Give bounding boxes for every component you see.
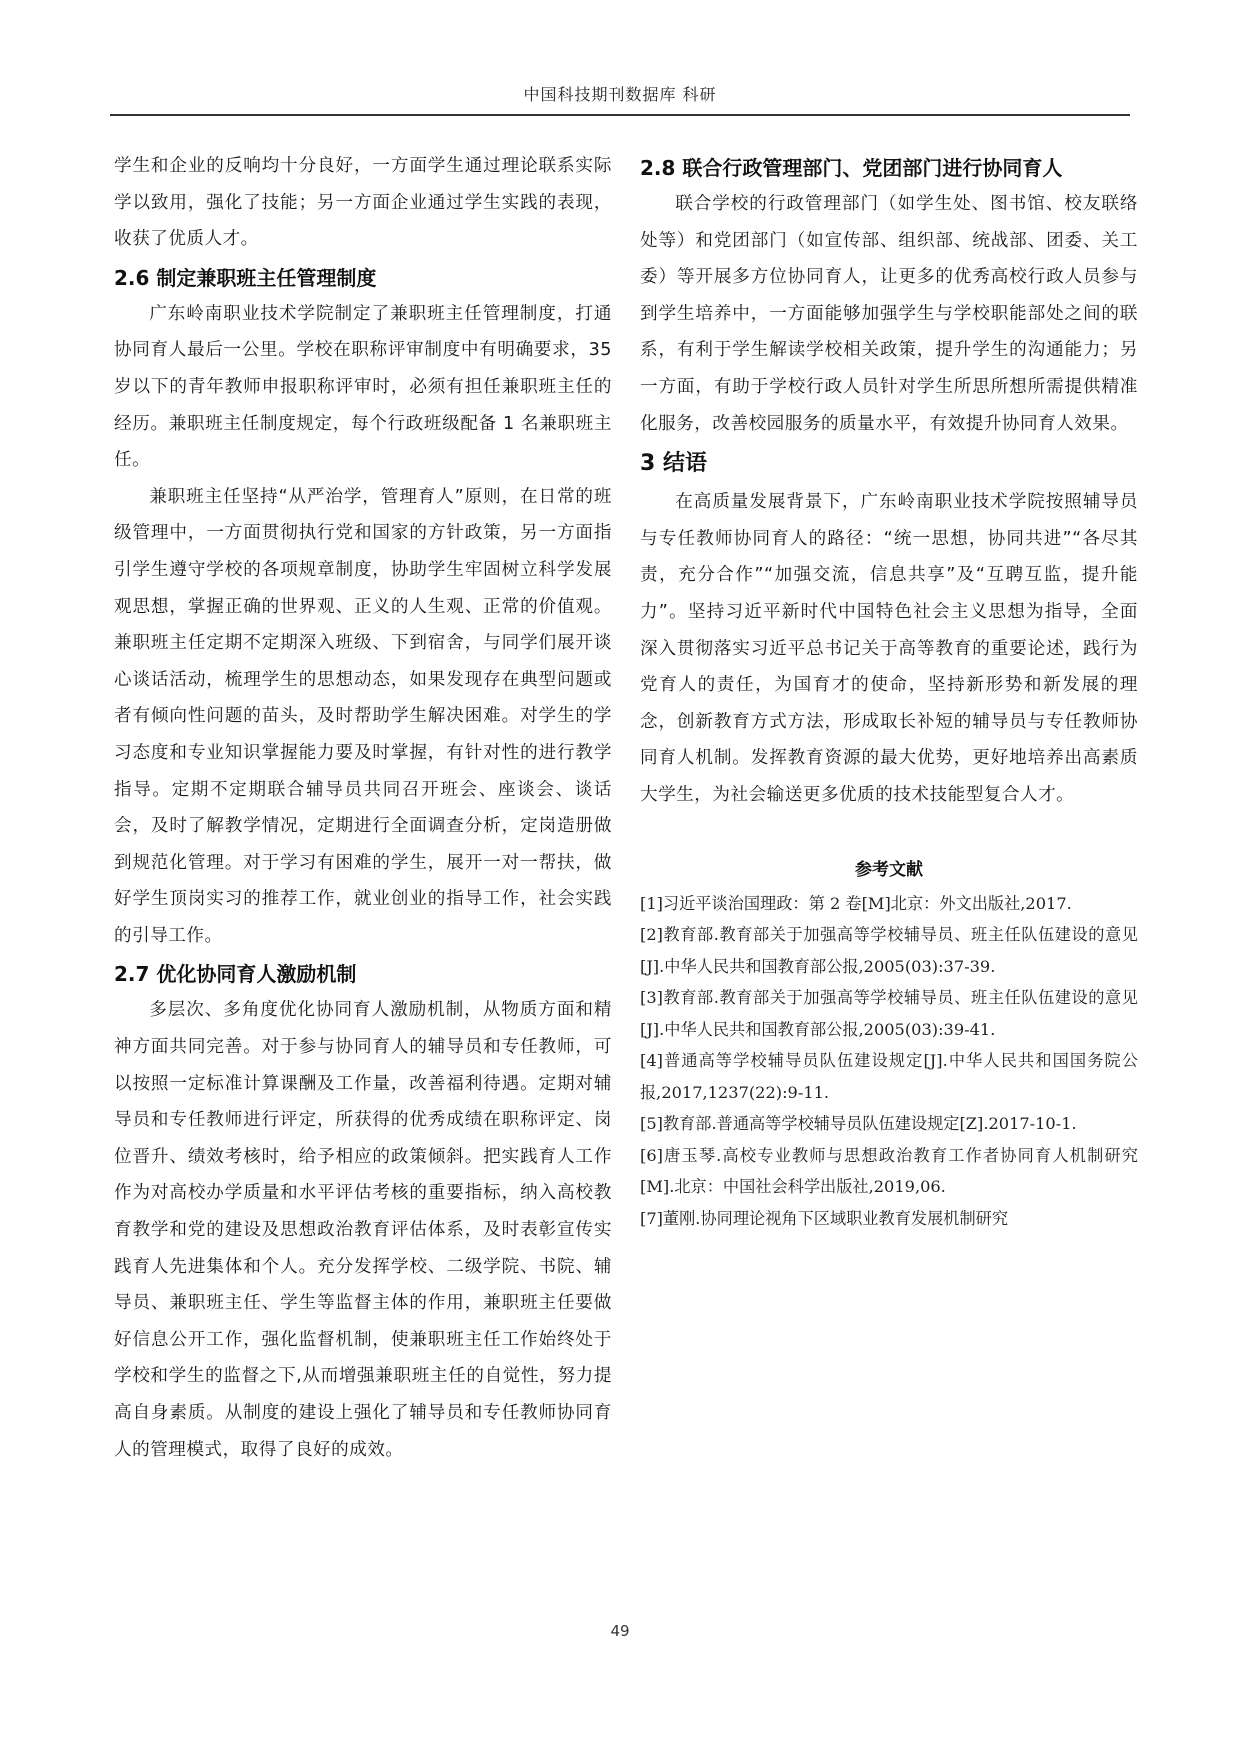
header-divider (110, 114, 1130, 116)
paragraph: 联合学校的行政管理部门（如学生处、图书馆、校友联络处等）和党团部门（如宣传部、组… (640, 186, 1138, 442)
reference-item: [1]习近平谈治国理政：第 2 卷[M]北京：外文出版社,2017. (640, 888, 1138, 920)
paragraph: 广东岭南职业技术学院制定了兼职班主任管理制度，打通协同育人最后一公里。学校在职称… (114, 296, 612, 479)
section-heading-2-7: 2.7 优化协同育人激励机制 (114, 956, 612, 992)
reference-list: [1]习近平谈治国理政：第 2 卷[M]北京：外文出版社,2017. [2]教育… (640, 888, 1138, 1235)
right-column: 2.8 联合行政管理部门、党团部门进行协同育人 联合学校的行政管理部门（如学生处… (640, 148, 1138, 1234)
journal-title: 中国科技期刊数据库 科研 (0, 82, 1240, 105)
section-heading-3: 3 结语 (640, 444, 1138, 484)
continuation-paragraph: 学生和企业的反响均十分良好，一方面学生通过理论联系实际学以致用，强化了技能；另一… (114, 148, 612, 258)
reference-item: [3]教育部.教育部关于加强高等学校辅导员、班主任队伍建设的意见[J].中华人民… (640, 982, 1138, 1045)
reference-item: [2]教育部.教育部关于加强高等学校辅导员、班主任队伍建设的意见[J].中华人民… (640, 919, 1138, 982)
reference-item: [6]唐玉琴.高校专业教师与思想政治教育工作者协同育人机制研究[M].北京：中国… (640, 1140, 1138, 1203)
section-heading-2-6: 2.6 制定兼职班主任管理制度 (114, 260, 612, 296)
page-number: 49 (0, 1622, 1240, 1640)
paragraph: 在高质量发展背景下，广东岭南职业技术学院按照辅导员与专任教师协同育人的路径：“统… (640, 484, 1138, 813)
paragraph: 多层次、多角度优化协同育人激励机制，从物质方面和精神方面共同完善。对于参与协同育… (114, 992, 612, 1468)
paragraph: 兼职班主任坚持“从严治学，管理育人”原则，在日常的班级管理中，一方面贯彻执行党和… (114, 479, 612, 955)
reference-item: [5]教育部.普通高等学校辅导员队伍建设规定[Z].2017-10-1. (640, 1108, 1138, 1140)
reference-item: [7]董刚.协同理论视角下区域职业教育发展机制研究 (640, 1203, 1138, 1235)
references-heading: 参考文献 (640, 852, 1138, 888)
section-heading-2-8: 2.8 联合行政管理部门、党团部门进行协同育人 (640, 150, 1138, 186)
reference-item: [4]普通高等学校辅导员队伍建设规定[J].中华人民共和国国务院公报,2017,… (640, 1045, 1138, 1108)
left-column: 学生和企业的反响均十分良好，一方面学生通过理论联系实际学以致用，强化了技能；另一… (114, 148, 612, 1468)
